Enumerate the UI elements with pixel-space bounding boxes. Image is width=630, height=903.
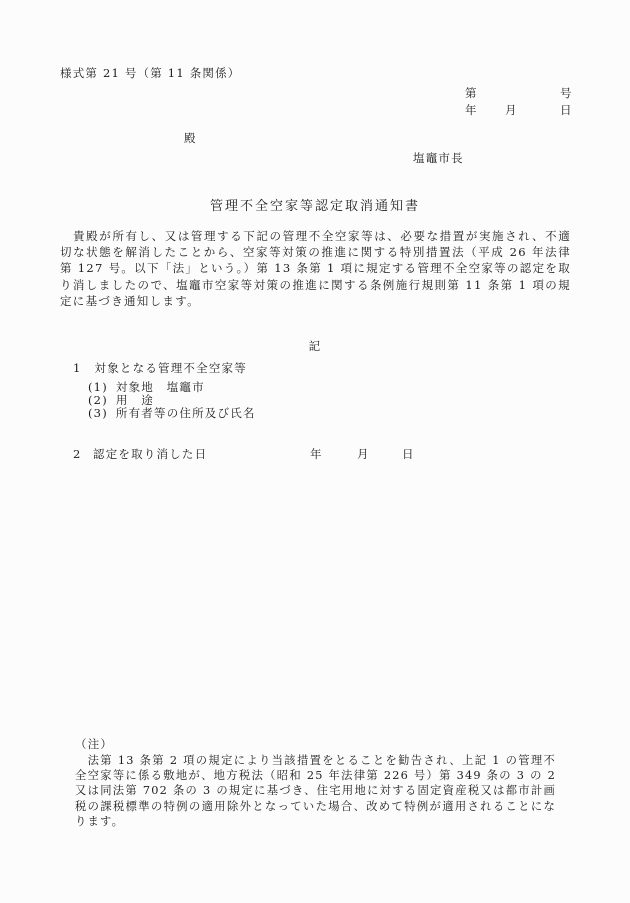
date-year-label: 年 [465, 103, 478, 118]
cancel-date-day-label: 日 [402, 447, 415, 462]
list-item-1-label: 対象となる管理不全空家等 [95, 361, 247, 376]
list-subitem-3: (3) 所有者等の住所及び氏名 [88, 406, 256, 421]
note-paragraph: 法第 13 条第 2 項の規定により当該措置をとることを勧告され、上記 1 の管… [75, 753, 556, 829]
form-number: 様式第 21 号（第 11 条関係） [60, 66, 241, 81]
date-month-label: 月 [505, 103, 518, 118]
document-page: 様式第 21 号（第 11 条関係） 第 号 年 月 日 殿 塩竈市長 管理不全… [0, 0, 630, 903]
list-item-2-number: 2 [73, 447, 82, 462]
note-label: （注） [75, 737, 113, 752]
main-paragraph: 貴殿が所有し、又は管理する下記の管理不全空家等は、必要な措置が実施され、不適切な… [60, 228, 571, 309]
cancel-date-year-label: 年 [310, 447, 323, 462]
list-subitem-3-label: 所有者等の住所及び氏名 [116, 406, 256, 421]
list-item-2: 2 認定を取り消した日 年 月 日 [0, 447, 630, 462]
doc-number-prefix: 第 [465, 86, 478, 101]
list-item-1-number: 1 [73, 361, 82, 376]
addressee-suffix: 殿 [184, 131, 197, 146]
list-item-2-label: 認定を取り消した日 [93, 447, 207, 462]
ki-section-label: 記 [0, 339, 630, 354]
sender-name: 塩竈市長 [413, 151, 464, 166]
doc-number-suffix: 号 [560, 86, 573, 101]
date-day-label: 日 [560, 103, 573, 118]
list-subitem-3-number: (3) [88, 406, 108, 421]
document-title: 管理不全空家等認定取消通知書 [0, 195, 630, 214]
cancel-date-month-label: 月 [357, 447, 370, 462]
list-item-1: 1 対象となる管理不全空家等 [73, 361, 247, 376]
